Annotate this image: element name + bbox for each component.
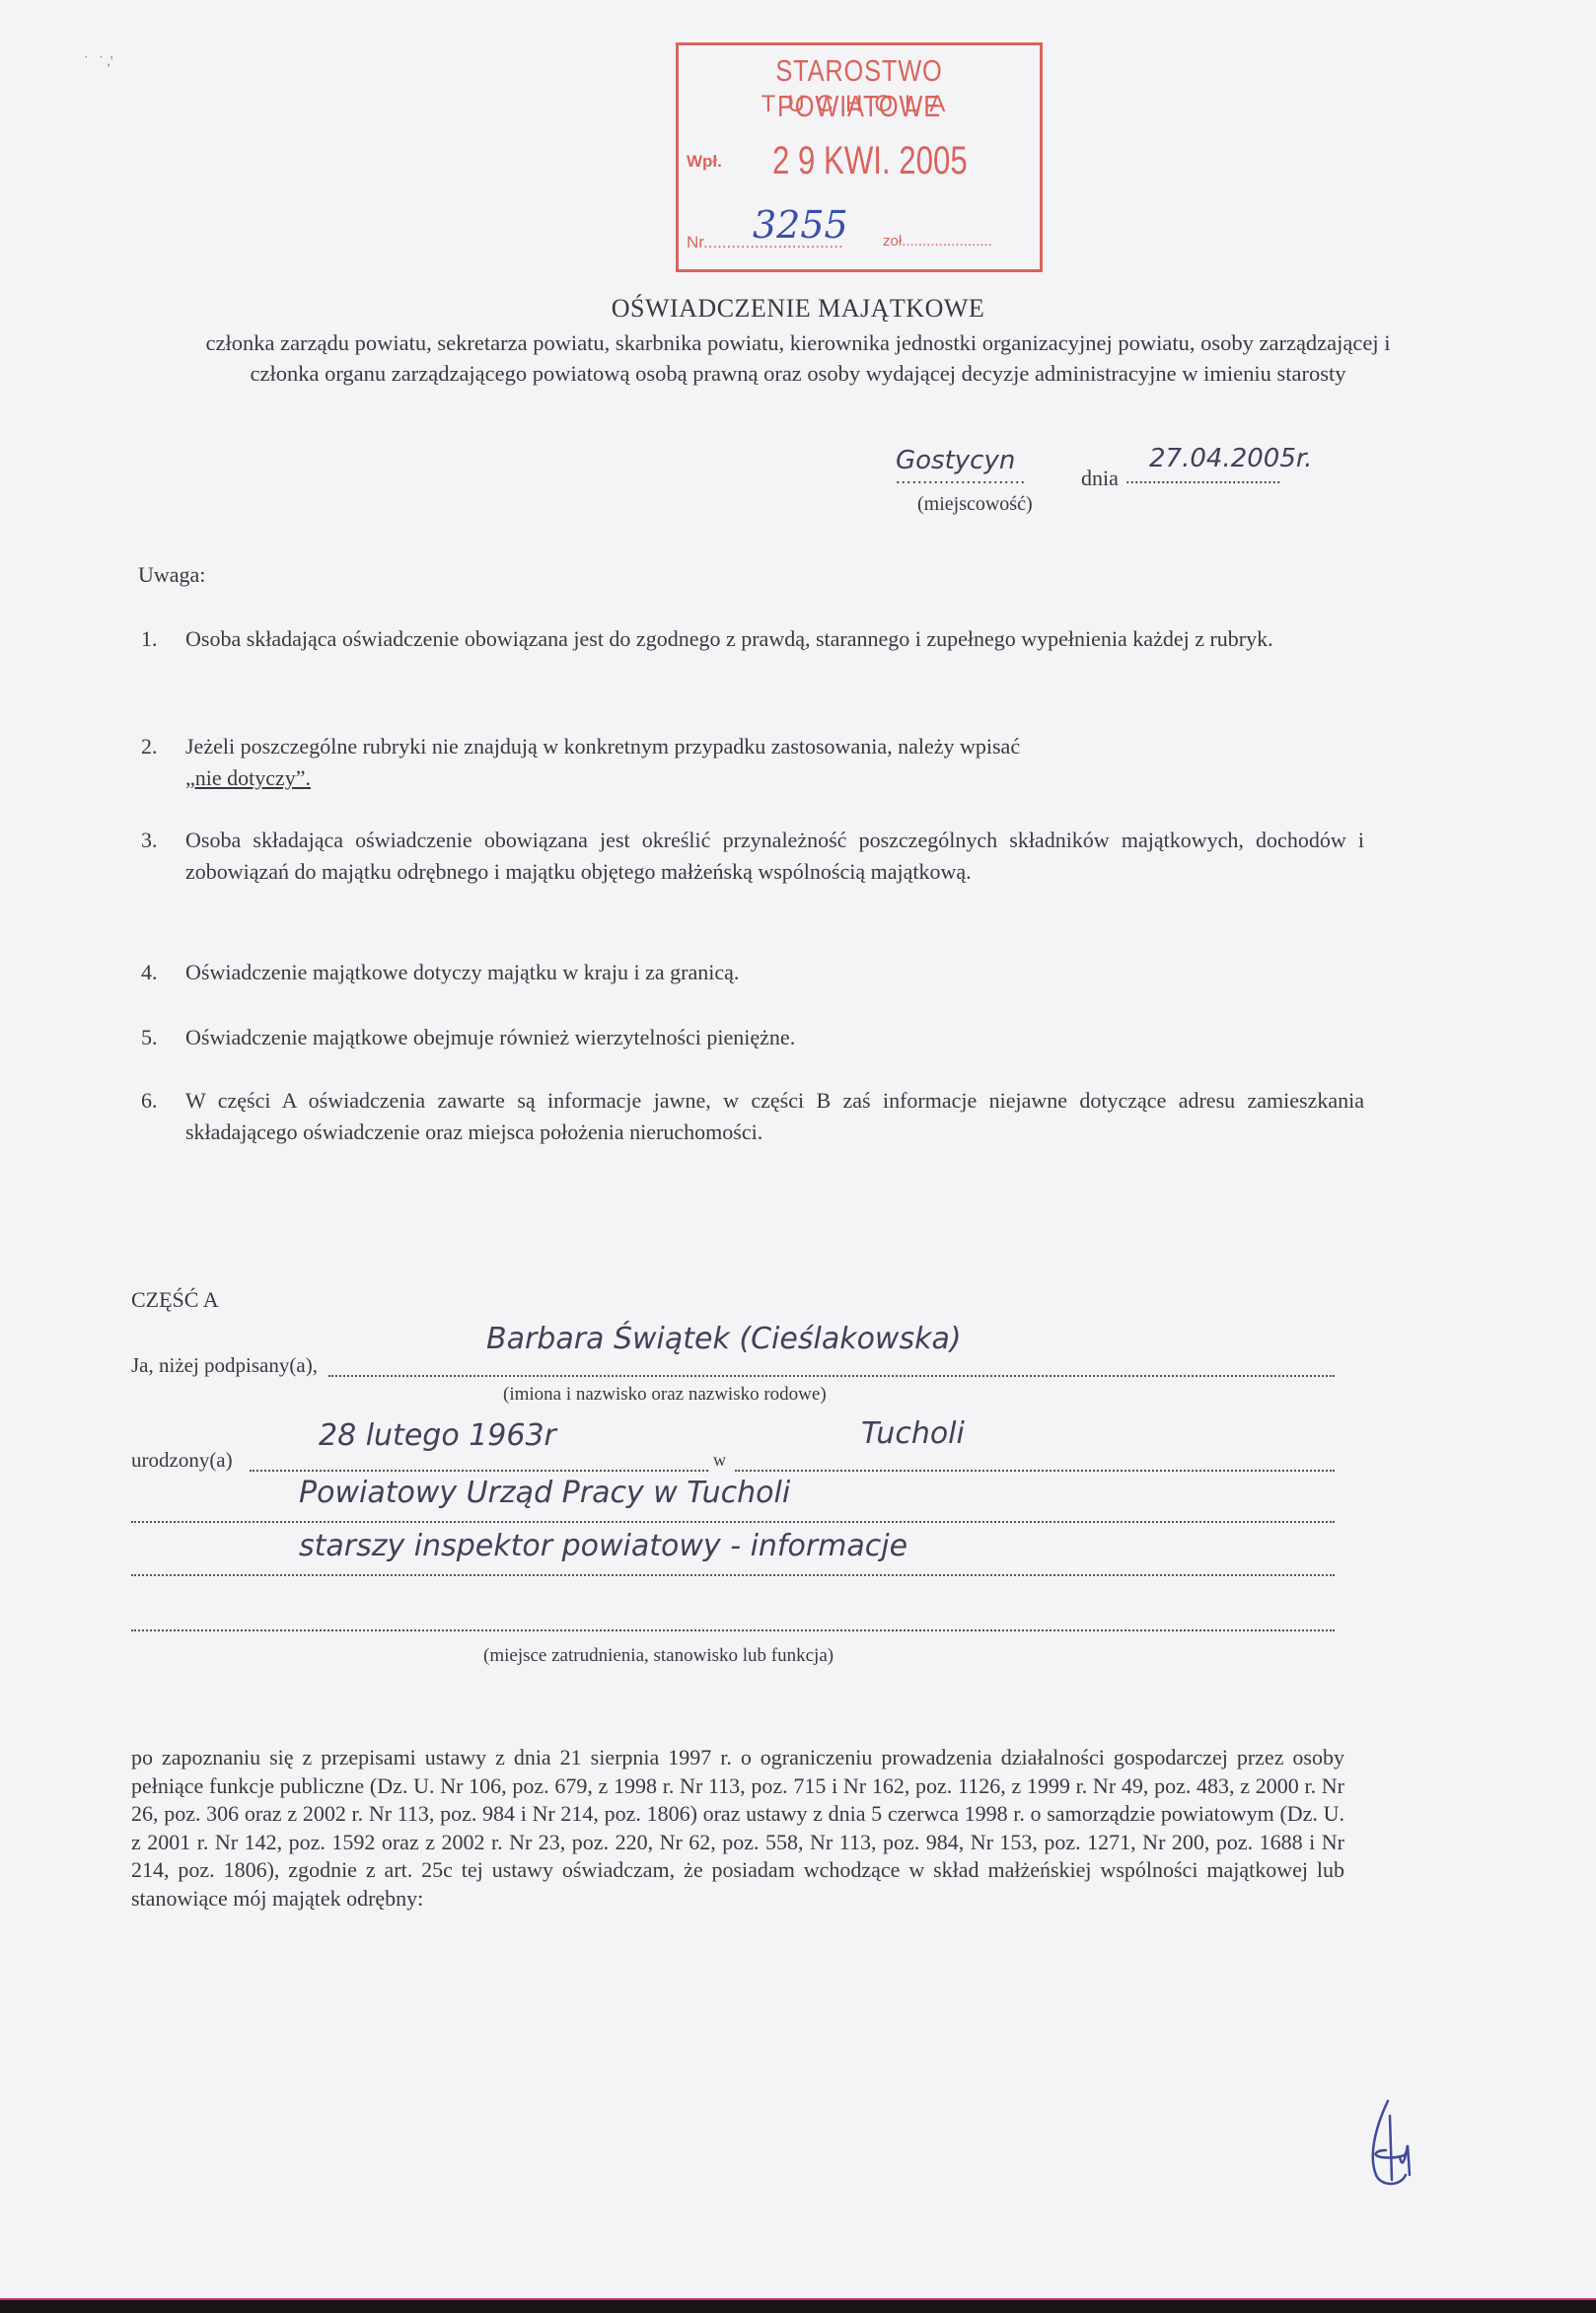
note-text: W części A oświadczenia zawarte są infor…	[185, 1085, 1364, 1148]
name-caption: (imiona i nazwisko oraz nazwisko rodowe)	[503, 1384, 827, 1406]
employment-dots-2	[131, 1574, 1335, 1576]
scan-bottom-edge	[0, 2298, 1596, 2313]
born-in-label: w	[713, 1450, 726, 1471]
signature-initials	[1366, 2096, 1425, 2195]
employment-line-1: Powiatowy Urząd Pracy w Tucholi	[299, 1476, 790, 1510]
signed-dots	[328, 1375, 1335, 1377]
notes-heading: Uwaga:	[138, 562, 205, 588]
date-value: 27.04.2005r.	[1149, 444, 1312, 473]
note-item: 5. Oświadczenie majątkowe obejmuje równi…	[141, 1022, 1364, 1053]
employment-dots-1	[131, 1521, 1335, 1523]
note-number: 6.	[141, 1085, 158, 1117]
note-text: Osoba składająca oświadczenie obowiązana…	[185, 825, 1364, 888]
employment-dots-3	[131, 1629, 1335, 1631]
note-text: Oświadczenie majątkowe obejmuje również …	[185, 1022, 1364, 1053]
place-caption: (miejscowość)	[917, 493, 1033, 516]
dnia-label: dnia	[1081, 466, 1119, 491]
document-page: ˙ ˙ ,' STAROSTWO POWIATOWE TUCHOLA Wpł. …	[0, 0, 1596, 2298]
signed-value: Barbara Świątek (Cieślakowska)	[486, 1322, 962, 1356]
place-dots: ........................	[896, 468, 1026, 488]
note-text: Jeżeli poszczególne rubryki nie znajdują…	[185, 731, 1364, 794]
stamp-city: TUCHOLA	[679, 91, 1040, 118]
document-subtitle: członka zarządu powiatu, sekretarza powi…	[197, 327, 1399, 389]
note-item: 2. Jeżeli poszczególne rubryki nie znajd…	[141, 731, 1364, 794]
birth-row: urodzony(a) w 28 lutego 1963r Tucholi	[131, 1448, 1335, 1478]
born-date-value: 28 lutego 1963r	[319, 1418, 556, 1453]
employment-line-2: starszy inspektor powiatowy - informacje	[299, 1529, 907, 1563]
document-title: OŚWIADCZENIE MAJĄTKOWE	[0, 294, 1596, 324]
born-place-dots	[735, 1470, 1335, 1472]
note-number: 4.	[141, 957, 158, 988]
part-a-heading: CZĘŚĆ A	[131, 1287, 219, 1313]
stamp-date: 2 9 KWI. 2005	[772, 139, 968, 183]
note-item: 3. Osoba składająca oświadczenie obowiąz…	[141, 825, 1364, 888]
note-number: 2.	[141, 731, 158, 762]
signed-name-row: Ja, niżej podpisany(a), Barbara Świątek …	[131, 1353, 1335, 1383]
place-date-row: Gostycyn ........................ dnia .…	[896, 446, 1409, 485]
employment-row-2: starszy inspektor powiatowy - informacje	[131, 1553, 1335, 1582]
employment-row-1: Powiatowy Urząd Pracy w Tucholi	[131, 1499, 1335, 1529]
note-number: 1.	[141, 623, 158, 655]
nie-dotyczy-text: „nie dotyczy”.	[185, 765, 311, 790]
note-text: Osoba składająca oświadczenie obowiązana…	[185, 623, 1364, 655]
stamp-wpl-label: Wpł.	[687, 152, 722, 172]
note-item: 1. Osoba składająca oświadczenie obowiąz…	[141, 623, 1364, 655]
note-number: 3.	[141, 825, 158, 856]
registry-stamp: STAROSTWO POWIATOWE TUCHOLA Wpł. 2 9 KWI…	[676, 42, 1043, 272]
note-number: 5.	[141, 1022, 158, 1053]
born-place-value: Tucholi	[861, 1416, 965, 1451]
stamp-zal-label: zoł......................	[883, 233, 992, 250]
note-item: 6. W części A oświadczenia zawarte są in…	[141, 1085, 1364, 1148]
signed-label: Ja, niżej podpisany(a),	[131, 1353, 318, 1378]
scan-specks: ˙ ˙ ,'	[84, 54, 112, 70]
statement-paragraph: po zapoznaniu się z przepisami ustawy z …	[131, 1744, 1344, 1913]
born-label: urodzony(a)	[131, 1448, 233, 1473]
stamp-nr-value: 3255	[753, 203, 848, 247]
note-item: 4. Oświadczenie majątkowe dotyczy majątk…	[141, 957, 1364, 988]
note-text: Oświadczenie majątkowe dotyczy majątku w…	[185, 957, 1364, 988]
employment-caption: (miejsce zatrudnienia, stanowisko lub fu…	[483, 1645, 834, 1667]
employment-row-3	[131, 1608, 1335, 1637]
born-date-dots	[250, 1470, 708, 1472]
